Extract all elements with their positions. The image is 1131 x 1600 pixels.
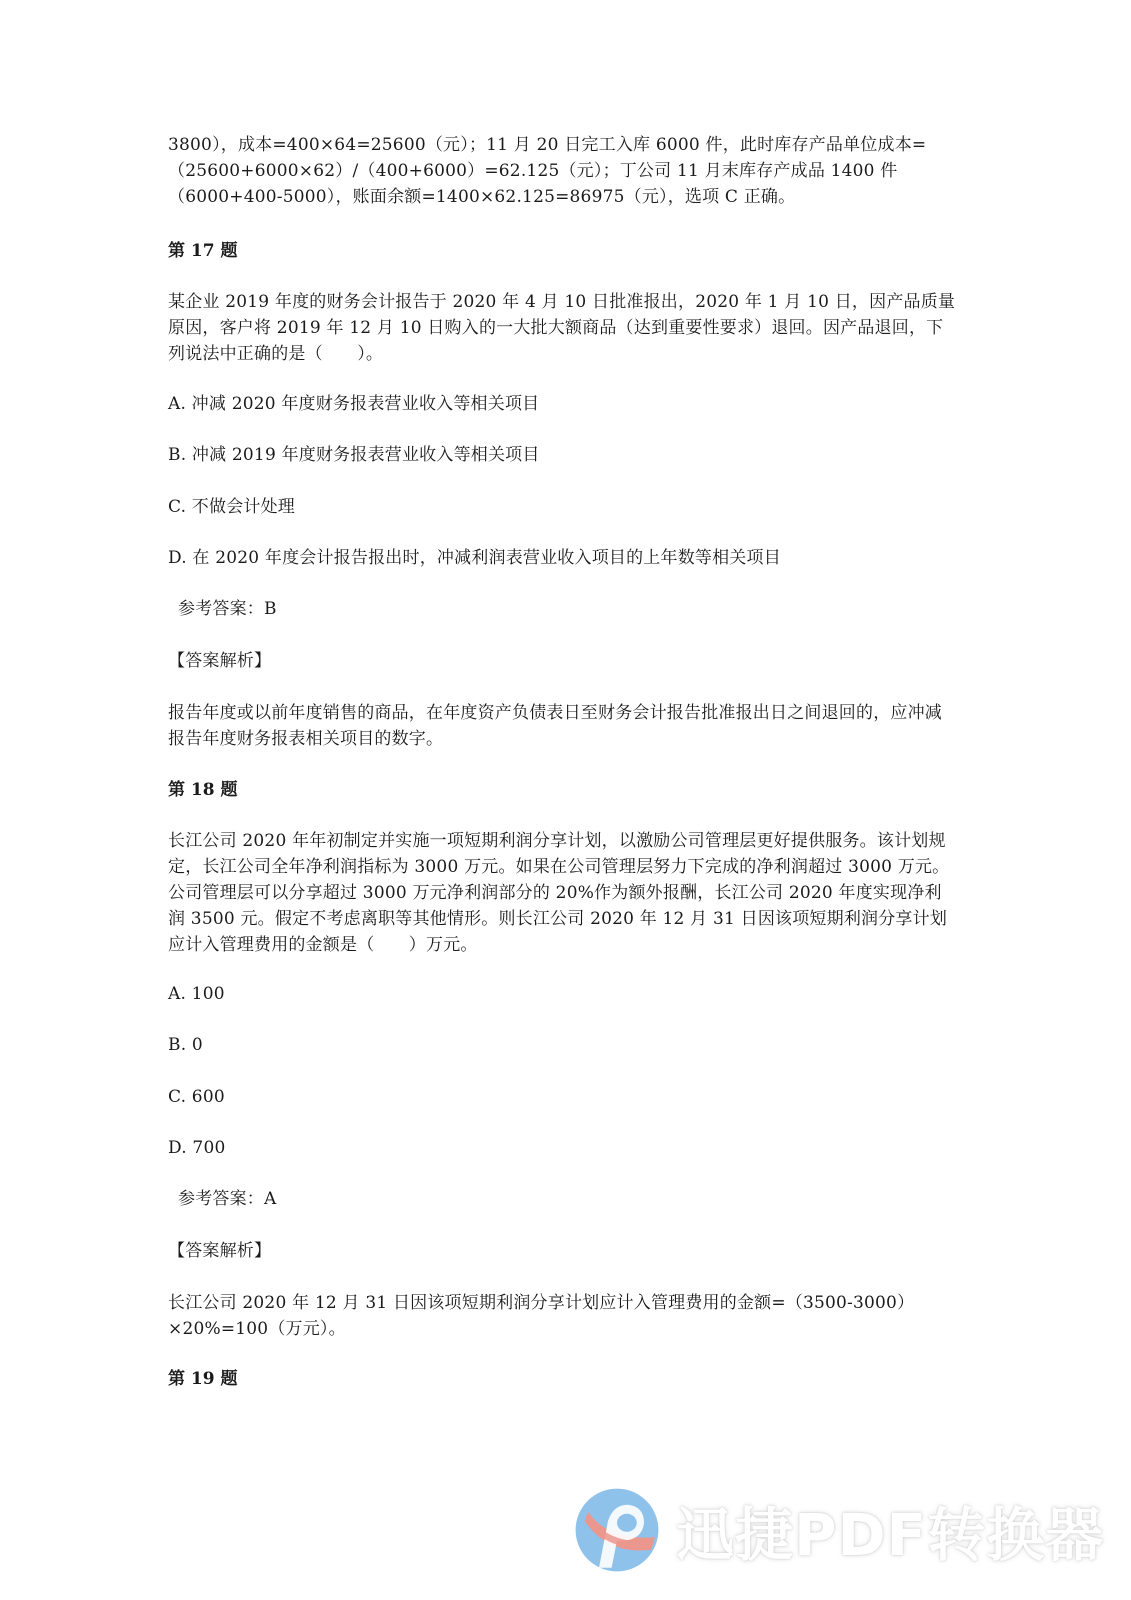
watermark-text: 迅捷PDF转换器: [676, 1488, 1104, 1572]
question-17-stem: 某企业 2019 年度的财务会计报告于 2020 年 4 月 10 日批准报出，…: [168, 289, 958, 367]
question-18-option-d: D. 700: [168, 1135, 958, 1161]
question-18-heading: 第 18 题: [168, 777, 958, 803]
question-17-heading: 第 17 题: [168, 238, 958, 264]
question-17-option-a: A. 冲减 2020 年度财务报表营业收入等相关项目: [168, 391, 958, 417]
question-17-option-c: C. 不做会计处理: [168, 494, 958, 520]
xunjie-pdf-logo-icon: [572, 1485, 662, 1575]
question-18-analysis: 长江公司 2020 年 12 月 31 日因该项短期利润分享计划应计入管理费用的…: [168, 1290, 958, 1342]
question-18-analysis-title: 【答案解析】: [168, 1238, 958, 1264]
question-18-option-c: C. 600: [168, 1084, 958, 1110]
question-19-heading: 第 19 题: [168, 1366, 958, 1392]
question-18-answer: 参考答案：A: [168, 1186, 968, 1212]
question-17-analysis-title: 【答案解析】: [168, 648, 958, 674]
question-17-answer: 参考答案：B: [168, 596, 968, 622]
question-18-stem: 长江公司 2020 年年初制定并实施一项短期利润分享计划，以激励公司管理层更好提…: [168, 828, 958, 958]
question-18-option-a: A. 100: [168, 981, 958, 1007]
question-18-option-b: B. 0: [168, 1032, 958, 1058]
previous-analysis-continuation: 3800），成本=400×64=25600（元）；11 月 20 日完工入库 6…: [168, 132, 958, 210]
question-17-option-d: D. 在 2020 年度会计报告报出时，冲减利润表营业收入项目的上年数等相关项目: [168, 545, 958, 571]
question-17-analysis: 报告年度或以前年度销售的商品，在年度资产负债表日至财务会计报告批准报出日之间退回…: [168, 700, 958, 752]
question-17-option-b: B. 冲减 2019 年度财务报表营业收入等相关项目: [168, 442, 958, 468]
watermark: 迅捷PDF转换器: [572, 1483, 1104, 1577]
